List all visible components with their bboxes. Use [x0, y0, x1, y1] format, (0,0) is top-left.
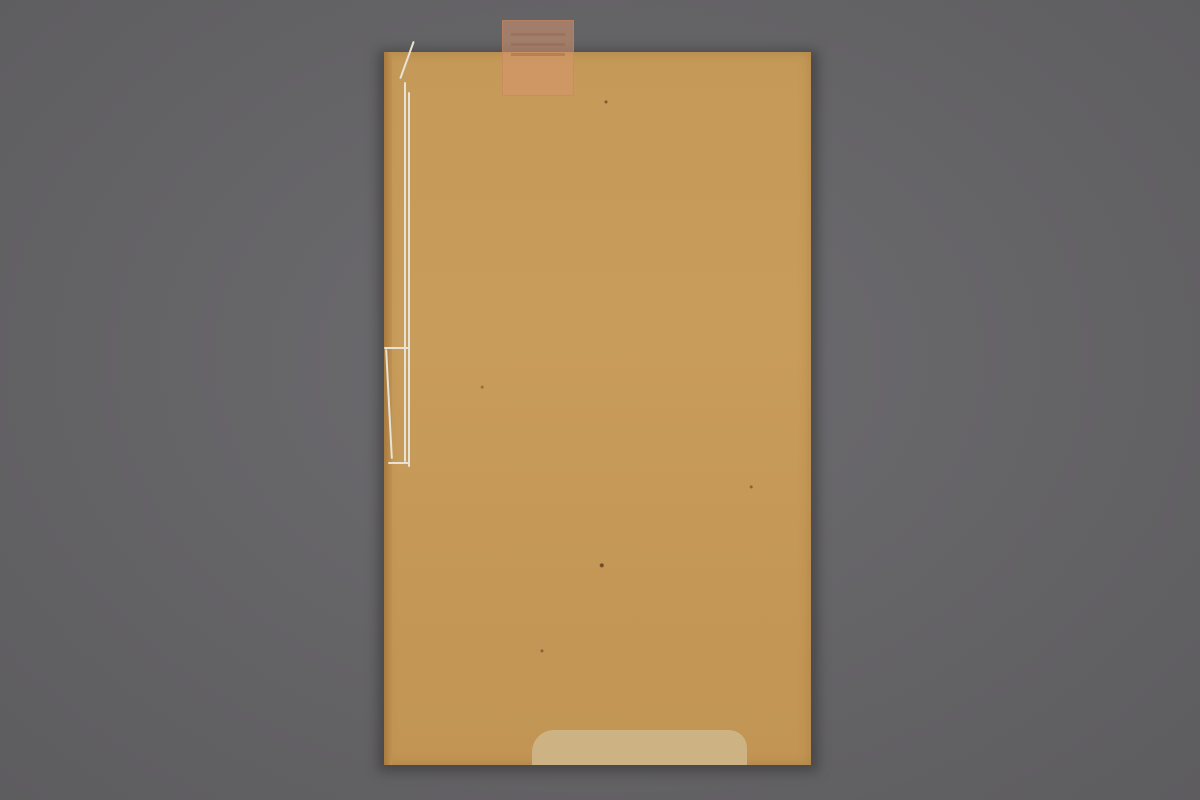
bottom-paper-patch: [532, 730, 747, 765]
binding-thread: [385, 349, 393, 459]
binding-thread: [388, 462, 410, 464]
binding-thread: [404, 82, 406, 462]
book-spine-edge: [384, 52, 392, 765]
catalog-label-sticker: [502, 20, 574, 96]
binding-thread: [408, 92, 410, 467]
label-text-line: [511, 53, 565, 56]
book-cover: [384, 52, 811, 765]
binding-thread-knot: [384, 347, 410, 349]
label-text-line: [511, 43, 565, 46]
label-text-line: [511, 33, 565, 36]
